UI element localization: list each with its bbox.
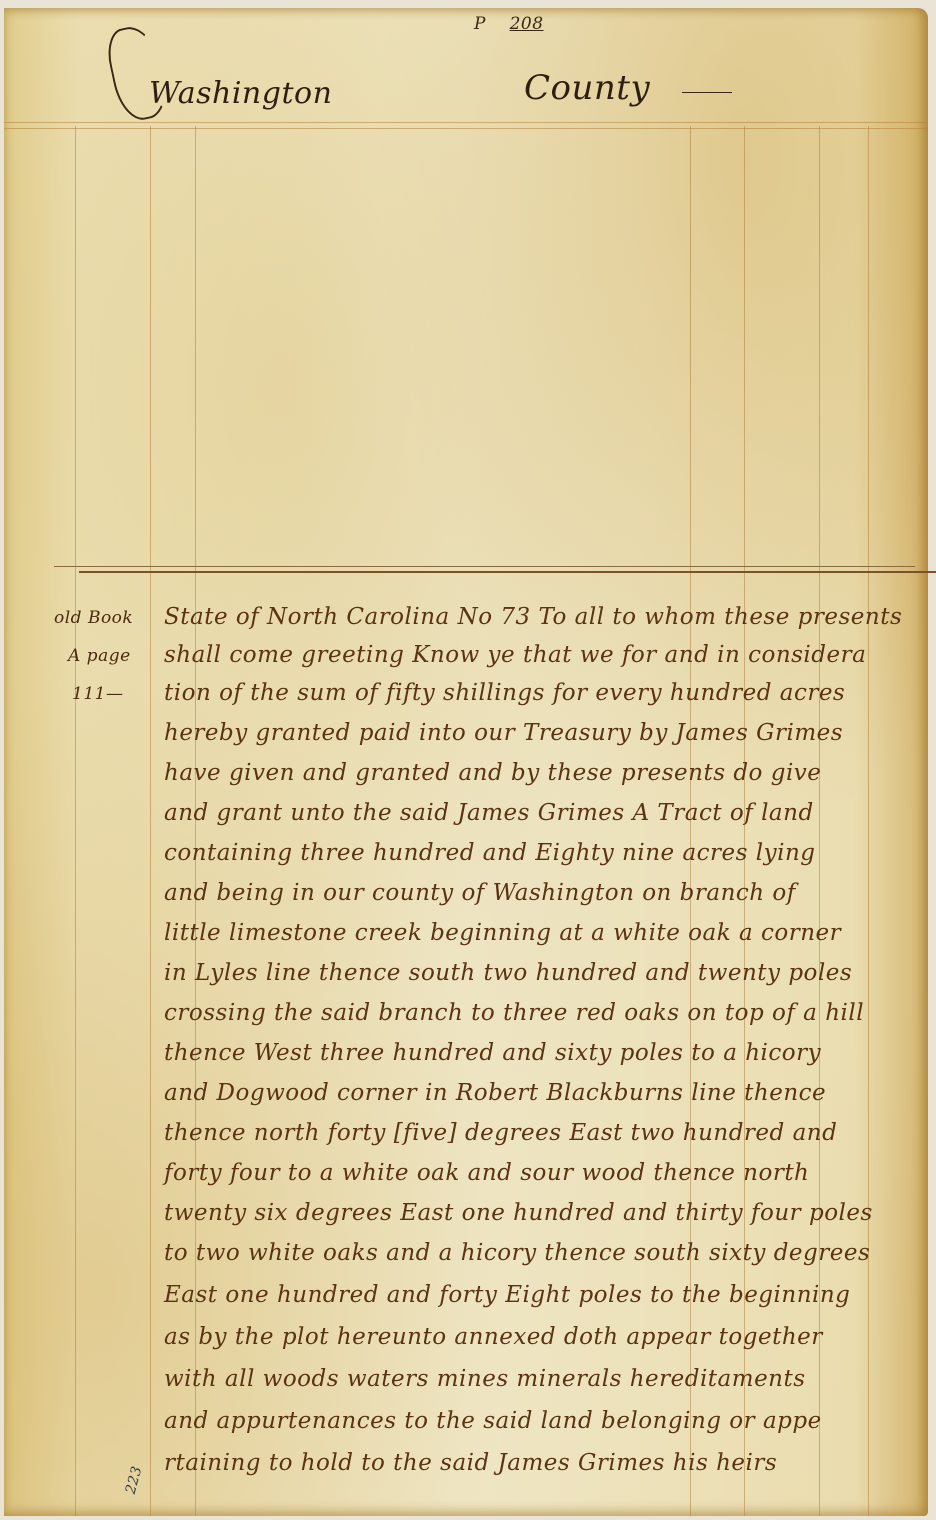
body-line: tion of the sum of fifty shillings for e… [164,680,924,706]
body-line: and grant unto the said James Grimes A T… [164,800,924,826]
header-rule [4,122,928,123]
body-line: thence north forty [five] degrees East t… [164,1120,924,1146]
body-line: and being in our county of Washington on… [164,880,924,906]
page-prefix: P [474,14,486,34]
body-line: East one hundred and forty Eight poles t… [164,1282,924,1308]
document-page: P 208 Washington County old Book A page … [4,8,928,1516]
body-line: State of North Carolina No 73 To all to … [164,604,924,630]
body-line: have given and granted and by these pres… [164,760,924,786]
header-rule-2 [4,128,928,129]
pencil-archive-number: 223 [123,1464,146,1495]
county-label: County [524,68,650,108]
page-reference: P 208 [474,14,544,34]
body-line: in Lyles line thence south two hundred a… [164,960,924,986]
margin-note-page-number: 111— [72,684,123,704]
body-line: containing three hundred and Eighty nine… [164,840,924,866]
body-line: hereby granted paid into our Treasury by… [164,720,924,746]
column-rule [75,126,76,1516]
body-line: crossing the said branch to three red oa… [164,1000,924,1026]
body-line: to two white oaks and a hicory thence so… [164,1240,924,1266]
body-line: rtaining to hold to the said James Grime… [164,1450,924,1476]
margin-note-old-book: old Book [54,608,133,628]
county-flourish [682,92,732,93]
column-rule [150,126,151,1516]
body-line: shall come greeting Know ye that we for … [164,642,924,668]
body-line: little limestone creek beginning at a wh… [164,920,924,946]
margin-note-page: A page [68,646,131,666]
body-line: and appurtenances to the said land belon… [164,1408,924,1434]
body-line: with all woods waters mines minerals her… [164,1366,924,1392]
county-name: Washington [149,76,332,111]
section-divider-thin [54,566,915,567]
section-divider [79,571,936,573]
body-line: twenty six degrees East one hundred and … [164,1200,924,1226]
page-number: 208 [510,14,544,34]
body-line: thence West three hundred and sixty pole… [164,1040,924,1066]
body-line: forty four to a white oak and sour wood … [164,1160,924,1186]
body-line: and Dogwood corner in Robert Blackburns … [164,1080,924,1106]
body-line: as by the plot hereunto annexed doth app… [164,1324,924,1350]
